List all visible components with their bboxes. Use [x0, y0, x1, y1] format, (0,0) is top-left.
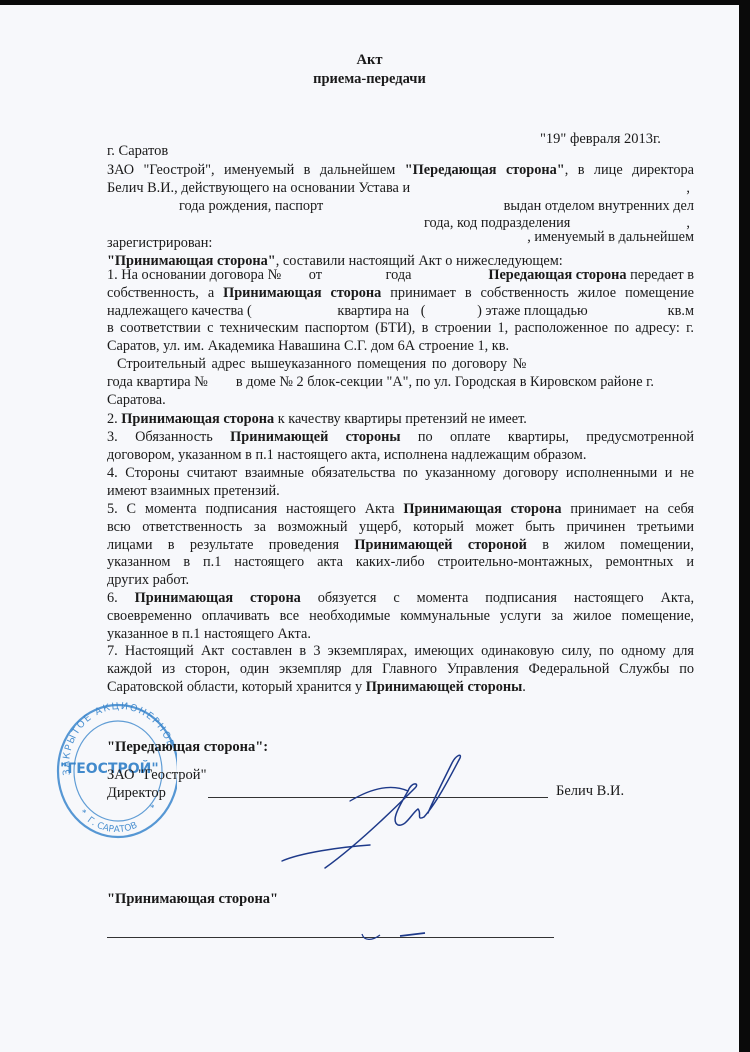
transferring-party-heading: "Передающая сторона": — [107, 739, 268, 756]
clause-4: 4. Стороны считают взаимные обязательств… — [107, 465, 694, 501]
receiving-party-heading: "Принимающая сторона" — [107, 891, 278, 908]
intro-paragraph: ЗАО "Геострой", именуемый в дальнейшем "… — [107, 162, 694, 271]
receiving-signature-line — [107, 937, 554, 938]
document-page: Акт приема-передачи г. Саратов "19" февр… — [0, 5, 739, 1052]
svg-text:*: * — [150, 803, 155, 813]
clause-1: 1. На основании договора № от года Перед… — [107, 267, 694, 409]
document-date: "19" февраля 2013г. — [540, 131, 661, 148]
signer-name: Белич В.И. — [556, 783, 624, 800]
svg-text:*: * — [82, 808, 87, 818]
clause-3: 3. Обязанность Принимающей стороны по оп… — [107, 429, 694, 465]
document-subtitle: приема-передачи — [0, 71, 739, 88]
receiving-signature — [360, 929, 450, 943]
city: г. Саратов — [107, 143, 168, 160]
company-name: ЗАО "Геострой" — [107, 767, 206, 784]
clause-5: 5. С момента подписания настоящего Акта … — [107, 501, 694, 590]
clause-7: 7. Настоящий Акт составлен в 3 экземпляр… — [107, 643, 694, 696]
clause-2: 2. Принимающая сторона к качеству кварти… — [107, 411, 694, 429]
clause-6: 6. Принимающая сторона обязуется с момен… — [107, 590, 694, 643]
document-title: Акт — [0, 52, 739, 69]
signer-position: Директор — [107, 785, 166, 802]
signature-tail — [280, 843, 400, 863]
